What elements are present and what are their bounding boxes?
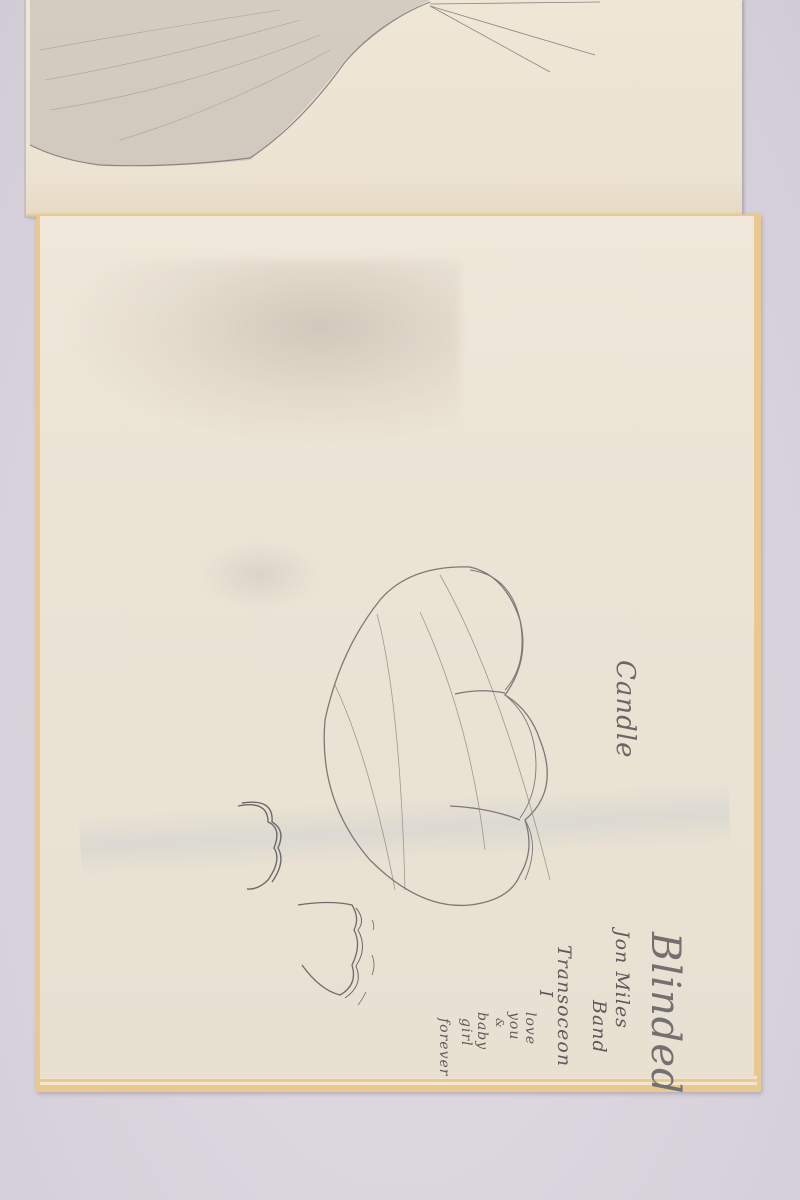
lyric-line: girl [458, 1018, 474, 1047]
lyric-line: & [493, 1018, 506, 1029]
small-scallop-drawing [238, 802, 281, 889]
handwriting-title: Blinded [642, 932, 688, 1095]
handwriting-candle: Candle [610, 660, 640, 759]
handwriting-artist: Jon Miles [611, 930, 633, 1029]
handwriting-label: Transoceon [553, 945, 575, 1067]
lyric-line: forever [436, 1018, 452, 1076]
lower-scallop-drawing [298, 903, 374, 1006]
lyric-line: baby [474, 1012, 490, 1050]
lyric-line: I [535, 990, 556, 998]
lyric-line: you [506, 1012, 522, 1040]
central-lobed-drawing [324, 567, 550, 906]
handwriting-band: Band [588, 1000, 610, 1054]
lyric-line: love [522, 1012, 538, 1045]
upper-shaded-drawing [30, 0, 600, 166]
